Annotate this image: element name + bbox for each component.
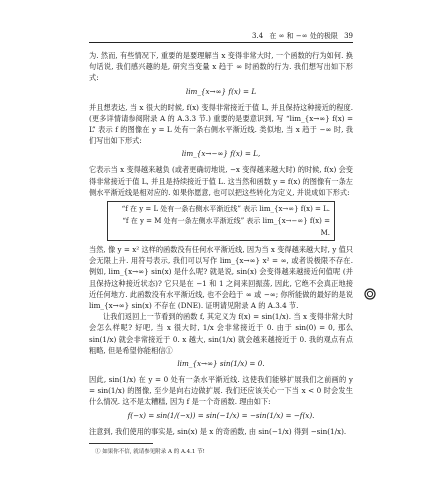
paragraph: 因此, sin(1/x) 在 y = 0 处有一条水平渐近线. 这使我们能够扩展… [89, 374, 353, 408]
paragraph: 它表示当 x 变得越来越负 (或者更确切地说, −x 变得越来越大时) 的时候,… [89, 164, 353, 198]
paragraph: 注意到, 我们使用的事实是, sin(x) 是 x 的奇函数, 由 sin(−1… [89, 426, 353, 437]
equation: f(−x) = sin(1/(−x)) = sin(−1/x) = −sin(1… [89, 410, 353, 424]
definition-left-asymptote: “f 在 y = M 处有一条左侧水平渐近线” 表示 lim_{x→−∞} f(… [112, 215, 330, 239]
footnote: ① 如果你不信, 就请参见附录 A 的 A.4.1 节! [95, 447, 353, 458]
page-number: 39 [344, 32, 353, 40]
section-number: 3.4 [252, 32, 263, 40]
paragraph: 并且想表达, 当 x 很大的时候, f(x) 变得非常接近于值 L, 并且保持这… [89, 102, 353, 147]
equation: lim_{x→−∞} f(x) = L, [89, 148, 353, 162]
section-title: 在 ∞ 和 −∞ 处的极限 [269, 32, 337, 40]
equation: lim_{x→∞} f(x) = L [89, 86, 353, 100]
paragraph: 当然, 像 y = x² 这样的函数没有任何水平渐近线, 因为当 x 变得越来越… [89, 244, 353, 311]
running-header: 3.4 在 ∞ 和 −∞ 处的极限 39 [89, 30, 353, 43]
page-body: 为. 然而, 有些情况下, 重要的是要理解当 x 变得非常大时, 一个函数的行为… [89, 50, 353, 458]
definition-box: “f 在 y = L 处有一条右侧水平渐近线” 表示 lim_{x→∞} f(x… [107, 201, 335, 241]
circled-arrow-icon [364, 288, 376, 300]
definition-right-asymptote: “f 在 y = L 处有一条右侧水平渐近线” 表示 lim_{x→∞} f(x… [112, 203, 330, 215]
equation: lim_{x→∞} sin(1/x) = 0. [89, 358, 353, 372]
paragraph: 让我们返回上一节看到的函数 f, 其定义为 f(x) = sin(1/x). 当… [89, 311, 353, 356]
footnote-rule [89, 443, 153, 444]
paragraph: 为. 然而, 有些情况下, 重要的是要理解当 x 变得非常大时, 一个函数的行为… [89, 50, 353, 84]
